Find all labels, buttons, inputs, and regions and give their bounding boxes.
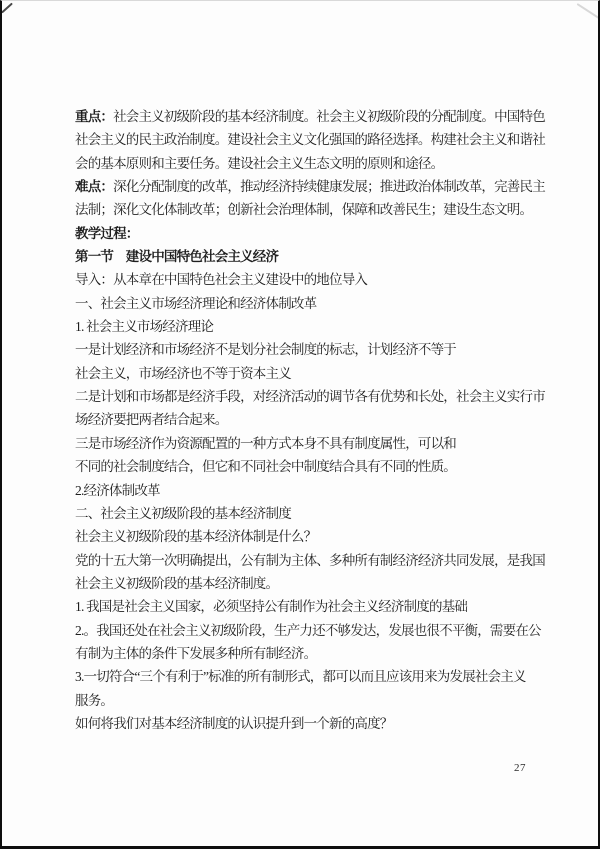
line-text: 党的十五大第一次明确提出，公有制为主体、多种所有制经济经济共同发展，是我国 [75, 553, 545, 568]
text-line: 法制；深化文化体制改革；创新社会治理体制，保障和改善民生；建设生态文明。 [75, 198, 535, 221]
text-line: 2.。我国还处在社会主义初级阶段，生产力还不够发达，发展也很不平衡，需要在公 [75, 619, 535, 642]
text-line: 难点：深化分配制度的改革，推动经济持续健康发展；推进政治体制改革，完善民主 [75, 175, 535, 198]
line-text: 不同的社会制度结合，但它和不同社会中制度结合具有不同的性质。 [75, 459, 456, 474]
text-line: 1. 我国是社会主义国家，必须坚持公有制作为社会主义经济制度的基础 [75, 595, 535, 618]
line-text: 一是计划经济和市场经济不是划分社会制度的标志，计划经济不等于 [75, 342, 456, 357]
line-text: 场经济要把两者结合起来。 [75, 412, 227, 427]
line-text: 三是市场经济作为资源配置的一种方式本身不具有制度属性，可以和 [75, 436, 456, 451]
text-line: 服务。 [75, 689, 535, 712]
line-text: 服务。 [75, 693, 113, 708]
line-text: 有制为主体的条件下发展多种所有制经济。 [75, 646, 316, 661]
text-line: 二、社会主义初级阶段的基本经济制度 [75, 502, 535, 525]
line-text: 2.经济体制改革 [75, 483, 160, 498]
scan-artifact-top-right [577, 3, 600, 19]
line-text: 教学过程： [75, 226, 139, 241]
line-text: 1. 社会主义市场经济理论 [75, 319, 213, 334]
line-text: 第一节 建设中国特色社会主义经济 [75, 249, 278, 264]
line-text: 社会主义的民主政治制度。建设社会主义文化强国的路径选择。构建社会主义和谐社 [75, 132, 545, 147]
text-line: 1. 社会主义市场经济理论 [75, 315, 535, 338]
text-line: 二是计划和市场都是经济手段，对经济活动的调节各有优势和长处，社会主义实行市 [75, 385, 535, 408]
line-text: 3.一切符合“三个有利于”标准的所有制形式，都可以而且应该用来为发展社会主义 [75, 669, 526, 684]
text-line: 会的基本原则和主要任务。建设社会主义生态文明的原则和途径。 [75, 152, 535, 175]
line-text: 社会主义初级阶段的基本经济体制是什么？ [75, 529, 316, 544]
text-line: 3.一切符合“三个有利于”标准的所有制形式，都可以而且应该用来为发展社会主义 [75, 665, 535, 688]
text-line: 社会主义初级阶段的基本经济体制是什么？ [75, 525, 535, 548]
line-text: 会的基本原则和主要任务。建设社会主义生态文明的原则和途径。 [75, 156, 443, 171]
line-text: 1. 我国是社会主义国家，必须坚持公有制作为社会主义经济制度的基础 [75, 599, 467, 614]
line-text: 2.。我国还处在社会主义初级阶段，生产力还不够发达，发展也很不平衡，需要在公 [75, 623, 541, 638]
line-text: 法制；深化文化体制改革；创新社会治理体制，保障和改善民生；建设生态文明。 [75, 202, 532, 217]
document-text-block: 重点：社会主义初级阶段的基本经济制度。社会主义初级阶段的分配制度。中国特色社会主… [75, 105, 535, 735]
page-number: 27 [514, 762, 526, 774]
text-line: 不同的社会制度结合，但它和不同社会中制度结合具有不同的性质。 [75, 455, 535, 478]
line-text: 一、社会主义市场经济理论和经济体制改革 [75, 296, 316, 311]
text-line: 社会主义的民主政治制度。建设社会主义文化强国的路径选择。构建社会主义和谐社 [75, 128, 535, 151]
text-line: 教学过程： [75, 222, 535, 245]
text-line: 导入：从本章在中国特色社会主义建设中的地位导入 [75, 268, 535, 291]
text-line: 第一节 建设中国特色社会主义经济 [75, 245, 535, 268]
text-line: 2.经济体制改革 [75, 479, 535, 502]
scan-artifact-top-left [1, 3, 13, 14]
line-text: 深化分配制度的改革，推动经济持续健康发展；推进政治体制改革，完善民主 [113, 179, 545, 194]
text-line: 社会主义初级阶段的基本经济制度。 [75, 572, 535, 595]
line-text: 二是计划和市场都是经济手段，对经济活动的调节各有优势和长处，社会主义实行市 [75, 389, 545, 404]
text-line: 党的十五大第一次明确提出，公有制为主体、多种所有制经济经济共同发展，是我国 [75, 549, 535, 572]
line-text: 社会主义初级阶段的基本经济制度。社会主义初级阶段的分配制度。中国特色 [113, 109, 545, 124]
line-text: 导入：从本章在中国特色社会主义建设中的地位导入 [75, 272, 367, 287]
text-line: 一是计划经济和市场经济不是划分社会制度的标志，计划经济不等于 [75, 338, 535, 361]
text-line: 如何将我们对基本经济制度的认识提升到一个新的高度？ [75, 712, 535, 735]
text-line: 场经济要把两者结合起来。 [75, 408, 535, 431]
line-text: 社会主义，市场经济也不等于资本主义 [75, 366, 291, 381]
text-line: 一、社会主义市场经济理论和经济体制改革 [75, 292, 535, 315]
line-bold-prefix: 难点： [75, 179, 113, 194]
text-line: 重点：社会主义初级阶段的基本经济制度。社会主义初级阶段的分配制度。中国特色 [75, 105, 535, 128]
text-line: 社会主义，市场经济也不等于资本主义 [75, 362, 535, 385]
text-line: 三是市场经济作为资源配置的一种方式本身不具有制度属性，可以和 [75, 432, 535, 455]
line-text: 社会主义初级阶段的基本经济制度。 [75, 576, 278, 591]
line-text: 二、社会主义初级阶段的基本经济制度 [75, 506, 291, 521]
text-line: 有制为主体的条件下发展多种所有制经济。 [75, 642, 535, 665]
line-text: 如何将我们对基本经济制度的认识提升到一个新的高度？ [75, 716, 393, 731]
document-page: 重点：社会主义初级阶段的基本经济制度。社会主义初级阶段的分配制度。中国特色社会主… [0, 0, 600, 849]
line-bold-prefix: 重点： [75, 109, 113, 124]
